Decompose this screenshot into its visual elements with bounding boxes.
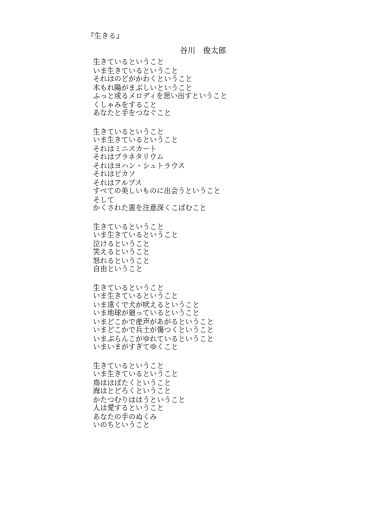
poem-author: 谷川 俊太郎: [180, 45, 226, 56]
poem-line: いま生きているということ: [93, 292, 227, 301]
poem-line: 木もれ陽がまぶしいということ: [93, 84, 227, 93]
poem-line: そして: [93, 196, 227, 205]
poem-line: それはアルプス: [93, 179, 227, 188]
poem-line: それはプラネタリウム: [93, 153, 227, 162]
poem-line: いま生きているということ: [93, 67, 227, 76]
poem-line: くしゃみをすること: [93, 101, 227, 110]
poem-line: 笑えるということ: [93, 248, 227, 257]
poem-title: 『生きる』: [87, 31, 124, 41]
poem-line: かたつむりははうということ: [93, 396, 227, 405]
document-page: 『生きる』 谷川 俊太郎 生きているということ いま生きているということ それは…: [0, 0, 370, 524]
poem-line: いまぶらんこがゆれているということ: [93, 335, 227, 344]
poem-line: あなたと手をつなぐこと: [93, 109, 227, 118]
poem-line: あなたの手のぬくみ: [93, 413, 227, 422]
poem-line: いま遠くで犬が吠えるということ: [93, 301, 227, 310]
poem-line: すべての美しいものに出会うということ: [93, 187, 227, 196]
poem-line: それはヨハン・シュトラウス: [93, 162, 227, 171]
poem-line: いま生きているということ: [93, 231, 227, 240]
poem-line: それはミニスカート: [93, 145, 227, 154]
poem-line: ふっと或るメロディを思い出すということ: [93, 92, 227, 101]
poem-line: それはのどがかわくということ: [93, 75, 227, 84]
poem-line: 泣けるということ: [93, 240, 227, 249]
poem-line: 人は愛するということ: [93, 404, 227, 413]
poem-line: 怒れるということ: [93, 257, 227, 266]
poem-line: それはピカソ: [93, 170, 227, 179]
poem-body: 生きているということ いま生きているということ それはのどがかわくということ 木…: [93, 58, 227, 440]
poem-line: いまどこかで産声があがるということ: [93, 318, 227, 327]
poem-line: 自由ということ: [93, 265, 227, 274]
poem-line: 海はとどろくということ: [93, 387, 227, 396]
stanza-3: 生きているということ いま生きているということ 泣けるということ 笑えるというこ…: [93, 223, 227, 274]
poem-line: いま生きているということ: [93, 370, 227, 379]
poem-line: かくされた悪を注意深くこばむこと: [93, 204, 227, 213]
poem-line: いま生きているということ: [93, 136, 227, 145]
poem-line: 鳥ははばたくということ: [93, 379, 227, 388]
poem-line: いまいまがすぎてゆくこと: [93, 343, 227, 352]
stanza-1: 生きているということ いま生きているということ それはのどがかわくということ 木…: [93, 58, 227, 118]
poem-line: 生きているということ: [93, 58, 227, 67]
poem-line: 生きているということ: [93, 284, 227, 293]
stanza-2: 生きているということ いま生きているということ それはミニスカート それはプラネ…: [93, 128, 227, 213]
poem-line: いのちということ: [93, 421, 227, 430]
poem-line: いま地球が廻っているということ: [93, 309, 227, 318]
stanza-4: 生きているということ いま生きているということ いま遠くで犬が吠えるということ …: [93, 284, 227, 352]
poem-line: 生きているということ: [93, 128, 227, 137]
poem-line: 生きているということ: [93, 362, 227, 371]
stanza-5: 生きているということ いま生きているということ 鳥ははばたくということ 海はとど…: [93, 362, 227, 430]
poem-line: 生きているということ: [93, 223, 227, 232]
poem-line: いまどこかで兵士が傷つくということ: [93, 326, 227, 335]
